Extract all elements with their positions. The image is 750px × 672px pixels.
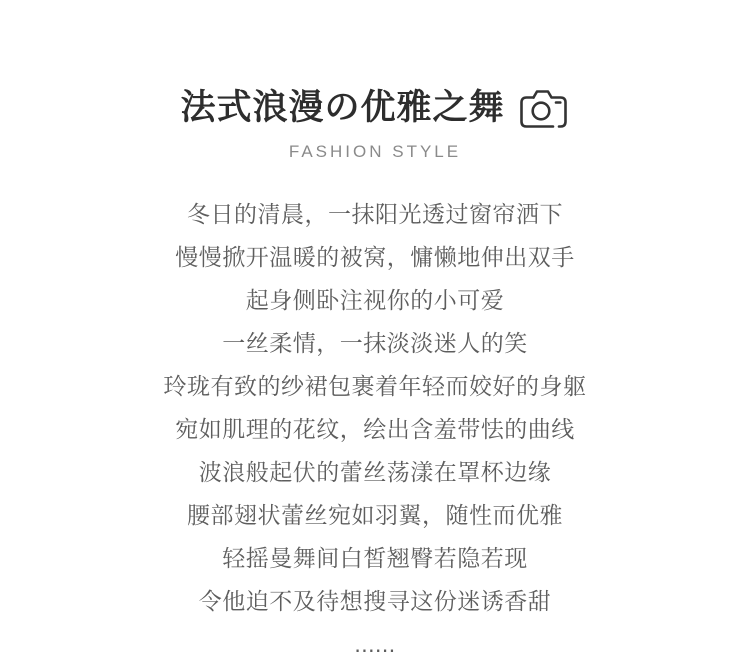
- product-description-section: 法式浪漫の优雅之舞 FASHION STYLE 冬日的清晨，一抹阳光透过窗帘洒下…: [0, 0, 750, 672]
- body-line: 慢慢掀开温暖的被窝，慵懒地伸出双手: [0, 236, 750, 279]
- body-line: 冬日的清晨，一抹阳光透过窗帘洒下: [0, 193, 750, 236]
- body-line: 玲珑有致的纱裙包裹着年轻而姣好的身躯: [0, 365, 750, 408]
- body-line: 令他迫不及待想搜寻这份迷诱香甜: [0, 580, 750, 623]
- description-text: 冬日的清晨，一抹阳光透过窗帘洒下 慢慢掀开温暖的被窝，慵懒地伸出双手 起身侧卧注…: [0, 193, 750, 666]
- body-line: 波浪般起伏的蕾丝荡漾在罩杯边缘: [0, 451, 750, 494]
- page-title: 法式浪漫の优雅之舞: [180, 84, 504, 132]
- body-line: 起身侧卧注视你的小可爱: [0, 279, 750, 322]
- section-subtitle: FASHION STYLE: [0, 141, 750, 163]
- body-line: 宛如肌理的花纹，绘出含羞带怯的曲线: [0, 408, 750, 451]
- camera-icon: [517, 87, 570, 129]
- section-header: 法式浪漫の优雅之舞: [0, 84, 750, 132]
- ellipsis-line: ......: [0, 623, 750, 666]
- body-line: 腰部翅状蕾丝宛如羽翼，随性而优雅: [0, 494, 750, 537]
- body-line: 轻摇曼舞间白皙翘臀若隐若现: [0, 537, 750, 580]
- body-line: 一丝柔情，一抹淡淡迷人的笑: [0, 322, 750, 365]
